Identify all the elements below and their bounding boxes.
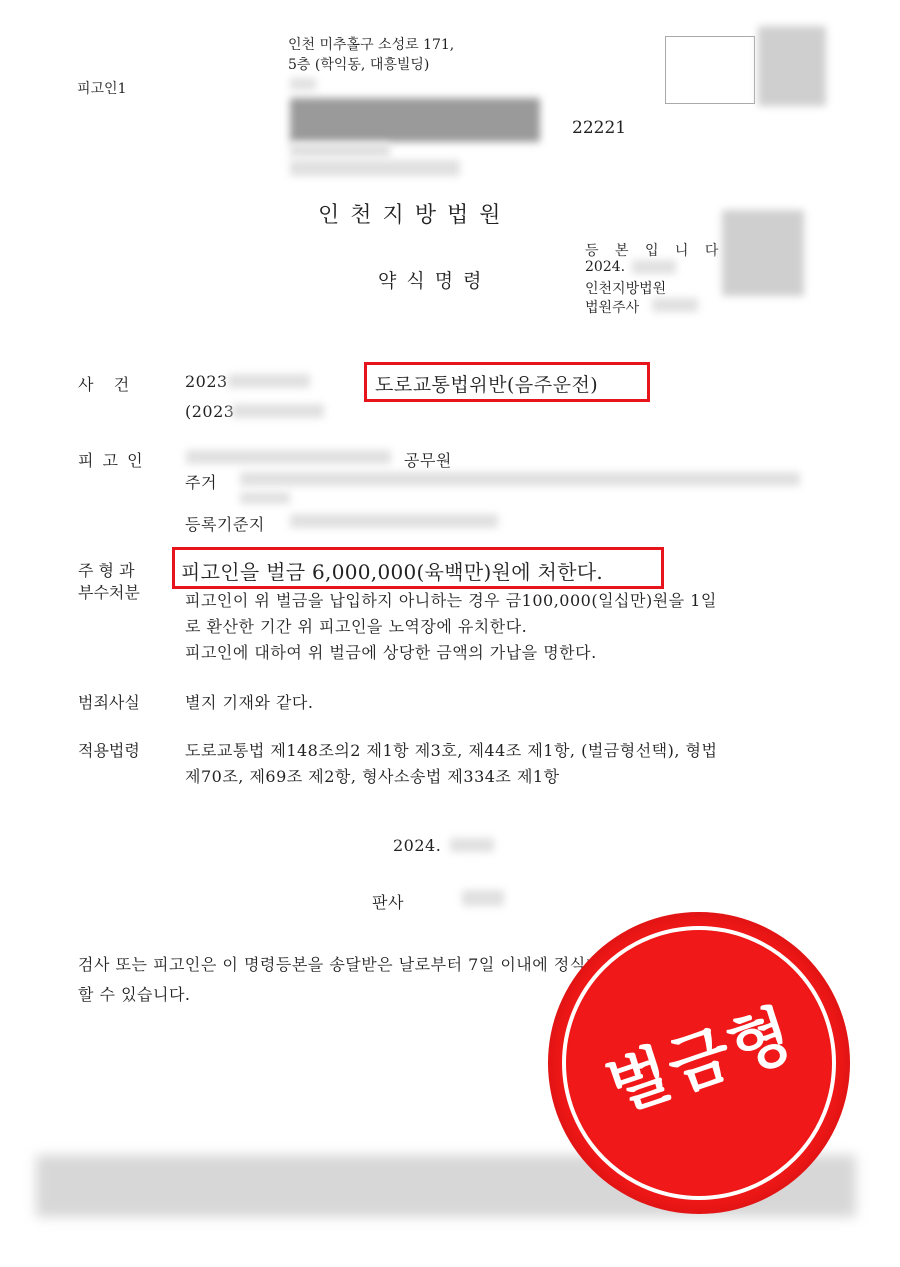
residence-label: 주거 [185,470,217,493]
court-title: 인 천 지 방 법 원 [318,198,502,229]
certification-date: 2024. [585,259,625,275]
redacted-residence-2 [240,492,290,504]
signature-date: 2024. [393,836,441,855]
redacted-defendant-id [186,450,391,464]
redacted-seal [758,26,826,106]
redacted-info [290,143,390,157]
charge-highlight-box: 도로교통법위반(음주운전) [364,362,650,402]
crime-facts-value: 별지 기재와 같다. [185,690,313,713]
redacted-info-2 [290,160,460,176]
document-type-title: 약 식 명 령 [378,266,484,293]
redacted-judge-name [462,890,504,906]
stamp-circle: 벌금형 [548,912,850,1214]
sentence-highlight-box: 피고인을 벌금 6,000,000(육백만)원에 처한다. [172,547,664,589]
redacted-case-number [228,374,310,388]
sentence-detail-line2: 로 환산한 기간 위 피고인을 노역장에 유치한다. [185,614,527,637]
sentence-detail-line1: 피고인이 위 벌금을 납입하지 아니하는 경우 금100,000(일십만)원을 … [185,588,717,611]
redacted-name [290,78,316,90]
sentence-detail-line3: 피고인에 대하여 위 벌금에 상당한 금액의 가납을 명한다. [185,640,597,663]
recipient-label: 피고인1 [77,78,126,98]
postal-code: 22221 [572,118,626,138]
sentence-label-line1: 주 형 과 [78,558,135,581]
defendant-label: 피 고 인 [78,448,145,471]
applicable-law-line1: 도로교통법 제148조의2 제1항 제3호, 제44조 제1항, (벌금형선택)… [185,738,717,761]
judge-label: 판사 [372,890,404,913]
case-label: 사 건 [78,372,129,395]
fine-stamp: 벌금형 [548,912,850,1214]
registration-label: 등록기준지 [185,512,265,535]
certification-court: 인천지방법원 [585,278,666,298]
sentence-label-line2: 부수처분 [78,580,140,603]
notice-line2: 할 수 있습니다. [78,982,191,1005]
sentence-main-text: 피고인을 벌금 6,000,000(육백만)원에 처한다. [181,556,603,585]
redacted-cert-date [632,260,676,274]
redacted-court-seal [722,210,804,296]
defendant-occupation: 공무원 [404,448,452,471]
crime-facts-label: 범죄사실 [78,690,140,713]
certification-clerk: 법원주사 [585,297,639,317]
redacted-case-number-alt [232,404,324,418]
case-number: 2023 [185,372,228,391]
certification-text: 등 본 입 니 다 [585,240,724,260]
sender-address-line1: 인천 미추홀구 소성로 171, [288,34,454,54]
redacted-clerk-name [652,298,698,312]
case-number-alt: (2023 [185,402,234,421]
charge-text: 도로교통법위반(음주운전) [375,370,598,397]
redacted-registration [290,514,498,528]
redacted-residence [240,472,800,486]
redacted-signature-date [450,838,494,852]
sender-address-line2: 5층 (학익동, 대흥빌딩) [288,54,429,74]
applicable-law-label: 적용법령 [78,738,140,761]
redacted-barcode [290,98,540,142]
applicable-law-line2: 제70조, 제69조 제2항, 형사소송법 제334조 제1항 [185,764,560,787]
stamp-box [665,36,755,104]
